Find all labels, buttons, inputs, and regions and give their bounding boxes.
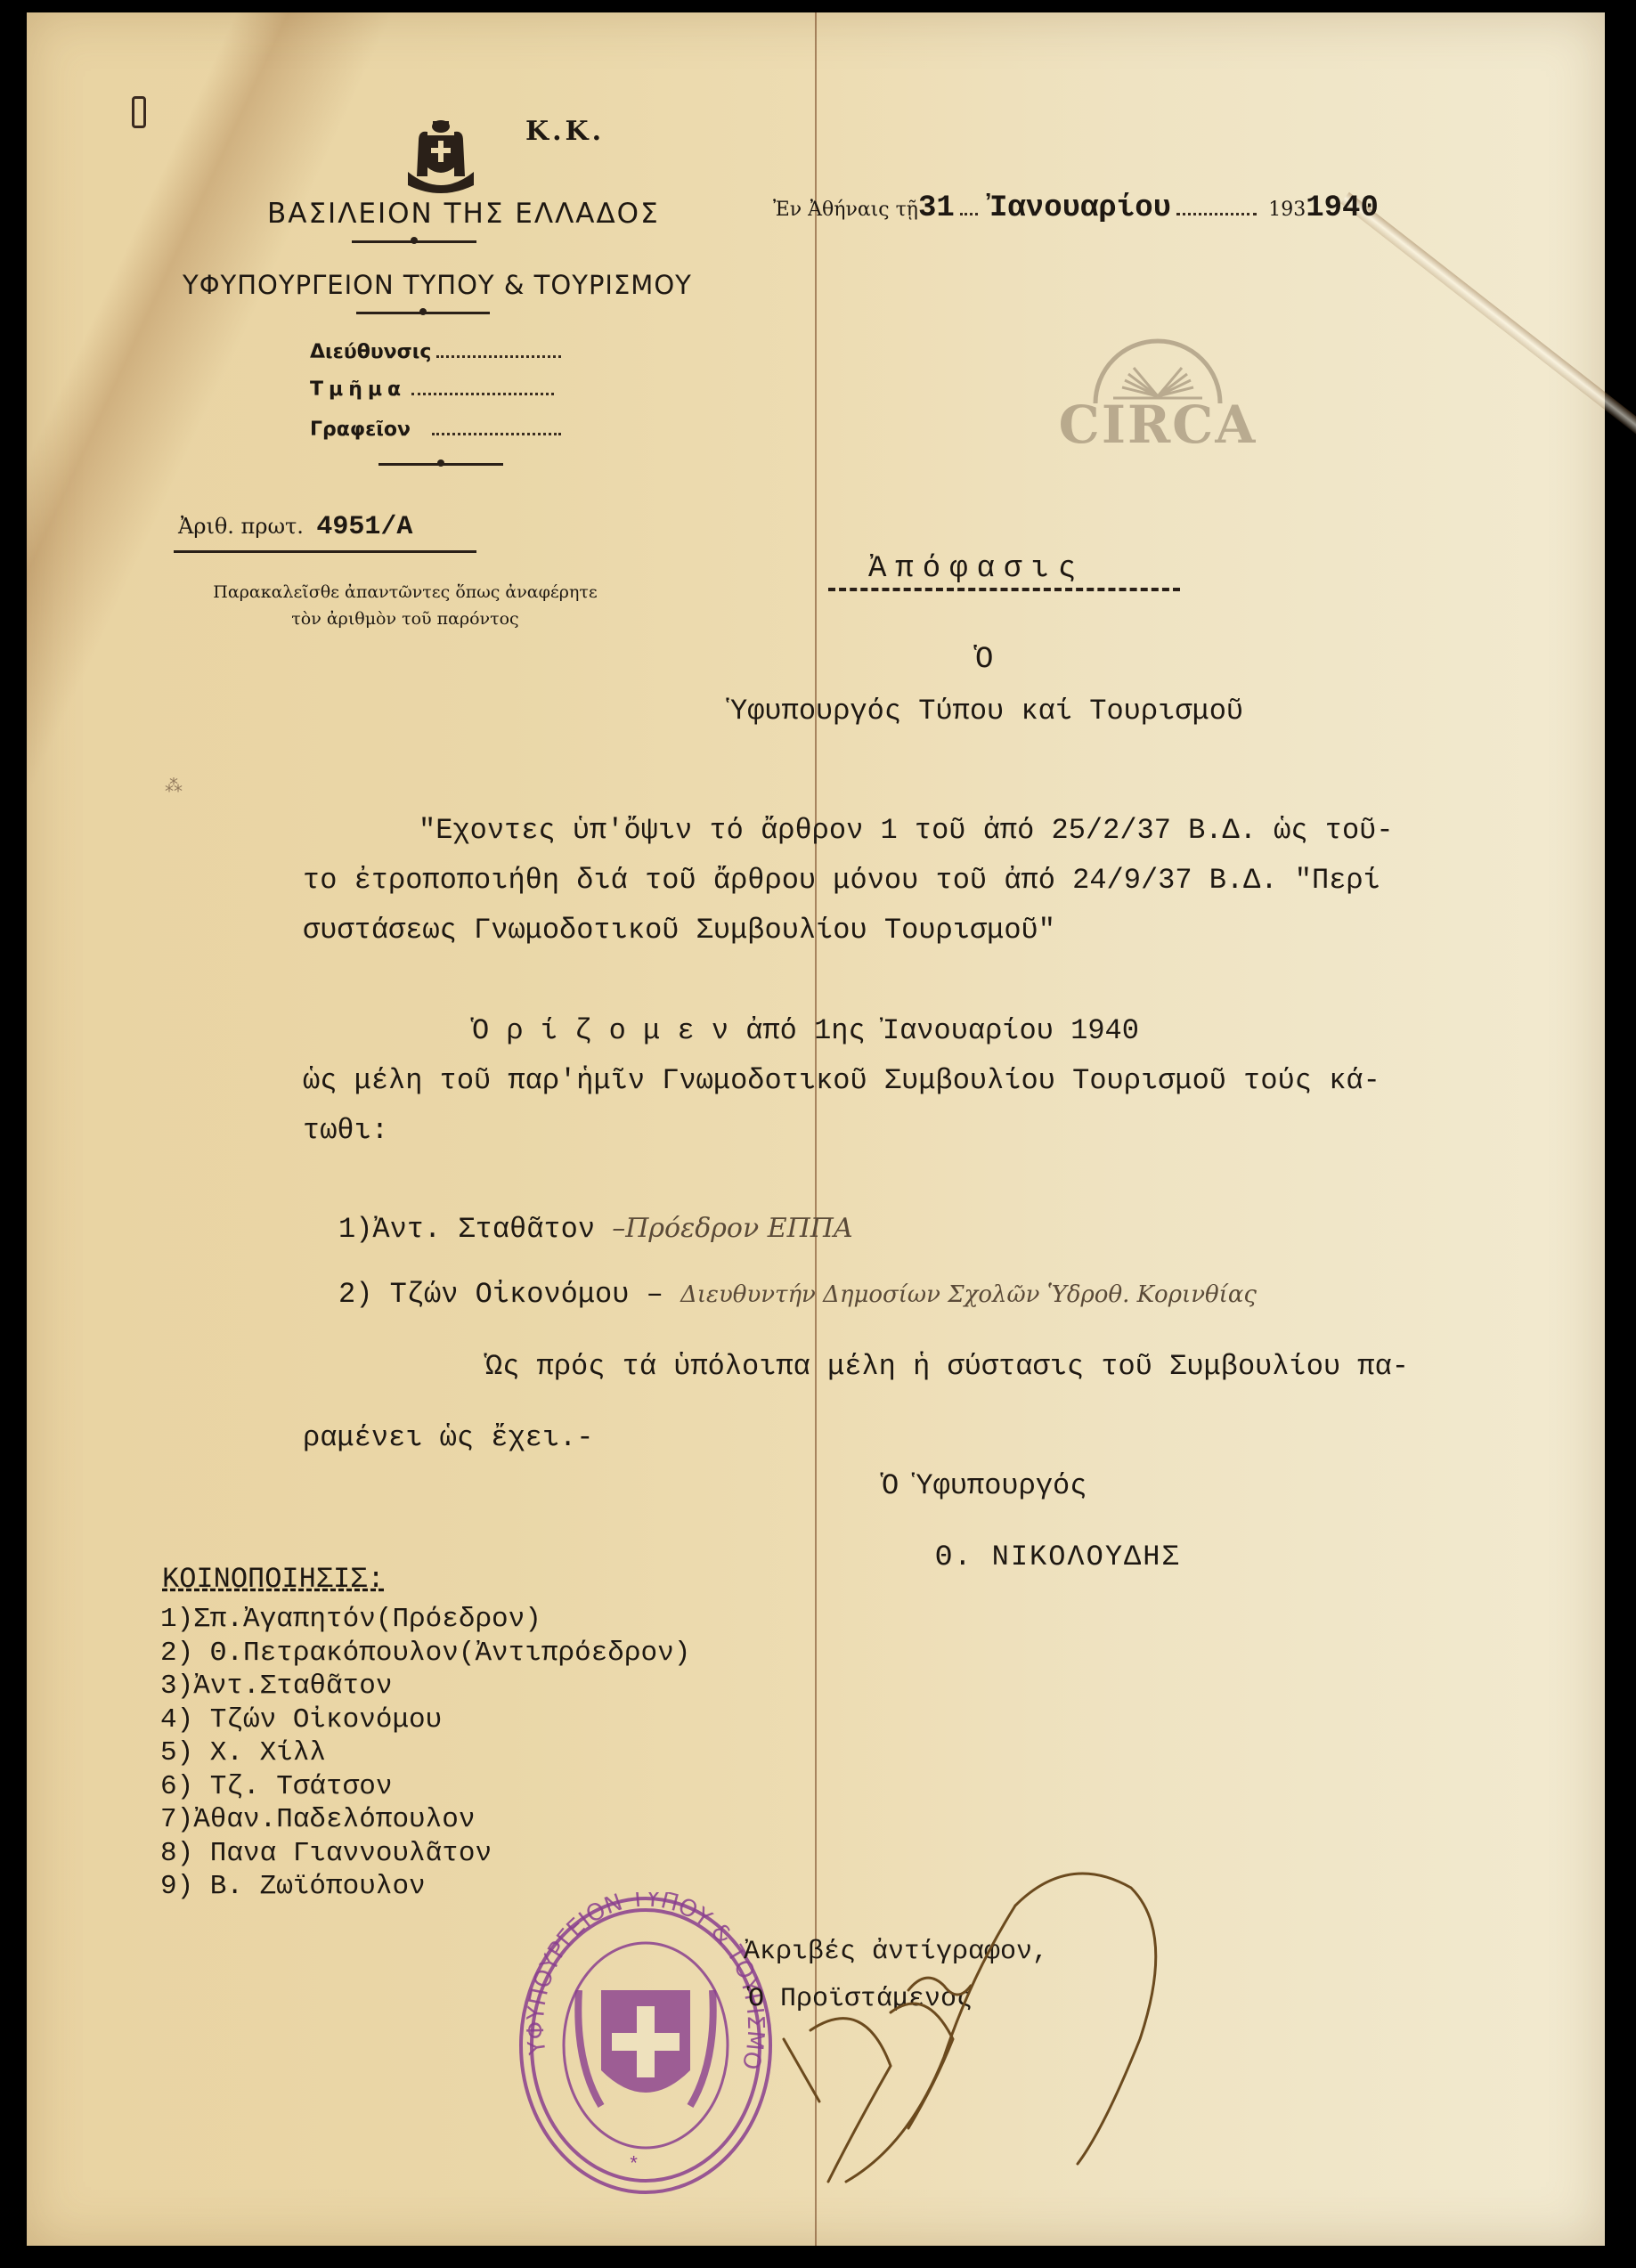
handwritten-note: –Πρόεδρον ΕΠΠΑ [612,1213,852,1244]
protocol-label: Ἀριθ. πρωτ. [178,514,304,539]
distribution-heading: ΚΟΙΝΟΠΟΙΗΣΙΣ: [162,1563,385,1596]
title-underline [828,588,1180,591]
article-heading: Ὁ [975,643,993,677]
signatory-title: Ὁ Ὑφυπουργός [882,1469,1087,1502]
watermark-text: CIRCA [1055,394,1260,455]
distribution-item: 3)Ἀντ.Σταθᾶτον [160,1670,690,1703]
svg-text:*: * [628,2154,639,2176]
distribution-item: 5) Χ. Χίλλ [160,1736,690,1770]
paper-fold-diagonal [1340,192,1636,439]
member-name: Τζών Οἰκονόμου [390,1278,630,1311]
signatory-name: Θ. ΝΙΚΟΛΟΥΔΗΣ [935,1540,1181,1573]
royal-coat-of-arms-icon [401,114,481,199]
decree-verb: Ὁ ρ ί ζ ο μ ε ν [472,1014,728,1047]
closing-line: ραμένει ὡς ἔχει.- [303,1402,1567,1474]
ministry-heading: ΥΦΥΠΟΥΡΓΕΙΟΝ ΤΥΠΟΥ & ΤΟΥΡΙΣΜΟΥ [183,270,692,300]
official-heading: Ὑφυπουργός Τύπου καί Τουρισμοῦ [730,695,1243,728]
date-year: 1940 [1306,191,1379,225]
member-row: 2) Τζών Οἰκονόμου – Διευθυντήν Δημοσίων … [338,1278,1257,1311]
member-number: 2) [338,1278,372,1311]
date-prefix: Ἐν Ἀθήναις τῇ [773,199,918,221]
circa-watermark: CIRCA [1055,334,1260,476]
decree-paragraph: Ὁ ρ ί ζ ο μ ε ν ἀπό 1ης Ἰανουαρίου 1940 … [303,1006,1567,1156]
member-number: 1) [338,1213,372,1246]
protocol-value: 4951/Α [316,512,412,542]
field-office: Γραφεῖον [310,419,561,441]
field-directorate: Διεύθυνσις [310,341,561,363]
ink-blot-marks: ⁂ [165,775,183,798]
ornament-divider [378,463,503,466]
reply-instruction-line: τὸν ἀριθμὸν τοῦ παρόντος [205,606,606,632]
distribution-item: 1)Σπ.Ἀγαπητόν(Πρόεδρον) [160,1603,690,1637]
ornament-divider [356,312,490,314]
protocol-number: Ἀριθ. πρωτ. 4951/Α [178,512,412,542]
date-day: 31 [918,191,955,225]
decree-line: τωθι: [303,1106,1567,1156]
decree-line: Ὁ ρ ί ζ ο μ ε ν ἀπό 1ης Ἰανουαρίου 1940 [303,1006,1567,1056]
field-blank [411,392,554,395]
staple-icon [132,96,146,128]
member-name: Ἀντ. Σταθᾶτον [372,1213,595,1246]
handwritten-signature [677,1861,1256,2208]
closing-line: Ὡς πρός τά ὑπόλοιπα μέλη ἡ σύστασις τοῦ … [303,1331,1567,1402]
distribution-item: 7)Ἀθαν.Παδελόπουλον [160,1803,690,1837]
field-blank [432,432,561,435]
distribution-item: 2) Θ.Πετρακόπουλον(Ἀντιπρόεδρον) [160,1637,690,1671]
protocol-underline [174,550,476,553]
field-label: Τμῆμα [310,378,406,401]
preamble-paragraph: "Εχοντες ὑπ'ὄψιν τό ἄρθρον 1 τοῦ ἀπό 25/… [303,806,1567,955]
member-separator: – [647,1278,663,1311]
date-month: Ἰανουαρίου [989,191,1171,225]
date-line: Ἐν Ἀθήναις τῇ31 Ἰανουαρίου 1931940 [773,191,1379,225]
preamble-line: το ἐτροποποιήθη διά τοῦ ἄρθρου μόνου τοῦ… [303,856,1567,906]
decree-line: ὡς μέλη τοῦ παρ'ἡμῖν Γνωμοδοτικοῦ Συμβου… [303,1056,1567,1106]
distribution-item: 4) Τζών Οἰκονόμου [160,1703,690,1737]
classification-mark: Κ.Κ. [525,116,605,147]
distribution-item: 8) Πανα Γιαννουλᾶτον [160,1837,690,1871]
field-department: Τμῆμα [310,378,554,401]
member-row: 1)Ἀντ. Σταθᾶτον –Πρόεδρον ΕΠΠΑ [338,1213,853,1246]
distribution-item: 6) Τζ. Τσάτσον [160,1770,690,1804]
field-blank [436,354,561,358]
ornament-divider [352,240,476,243]
handwritten-note: Διευθυντήν Δημοσίων Σχολῶν Ὑδροθ. Κορινθ… [680,1281,1257,1308]
field-label: Γραφεῖον [310,419,411,441]
date-blank [960,212,978,215]
preamble-line: "Εχοντες ὑπ'ὄψιν τό ἄρθρον 1 τοῦ ἀπό 25/… [303,806,1567,856]
decree-effective-date: ἀπό 1ης Ἰανουαρίου 1940 [745,1014,1139,1047]
reply-instruction: Παρακαλεῖσθε ἀπαντῶντες ὅπως ἀναφέρητε τ… [205,579,606,632]
preamble-line: συστάσεως Γνωμοδοτικοῦ Συμβουλίου Τουρισ… [303,906,1567,955]
date-blank [1176,212,1257,215]
closing-paragraph: Ὡς πρός τά ὑπόλοιπα μέλη ἡ σύστασις τοῦ … [303,1331,1567,1474]
reply-instruction-line: Παρακαλεῖσθε ἀπαντῶντες ὅπως ἀναφέρητε [205,579,606,606]
document-title: Ἀπόφασις [868,552,1085,586]
date-year-prefix: 193 [1268,199,1306,221]
distribution-list: 1)Σπ.Ἀγαπητόν(Πρόεδρον) 2) Θ.Πετρακόπουλ… [160,1603,690,1904]
field-label: Διεύθυνσις [310,341,431,363]
kingdom-heading: ΒΑΣΙΛΕΙΟΝ ΤΗΣ ΕΛΛΑΔΟΣ [267,198,660,230]
